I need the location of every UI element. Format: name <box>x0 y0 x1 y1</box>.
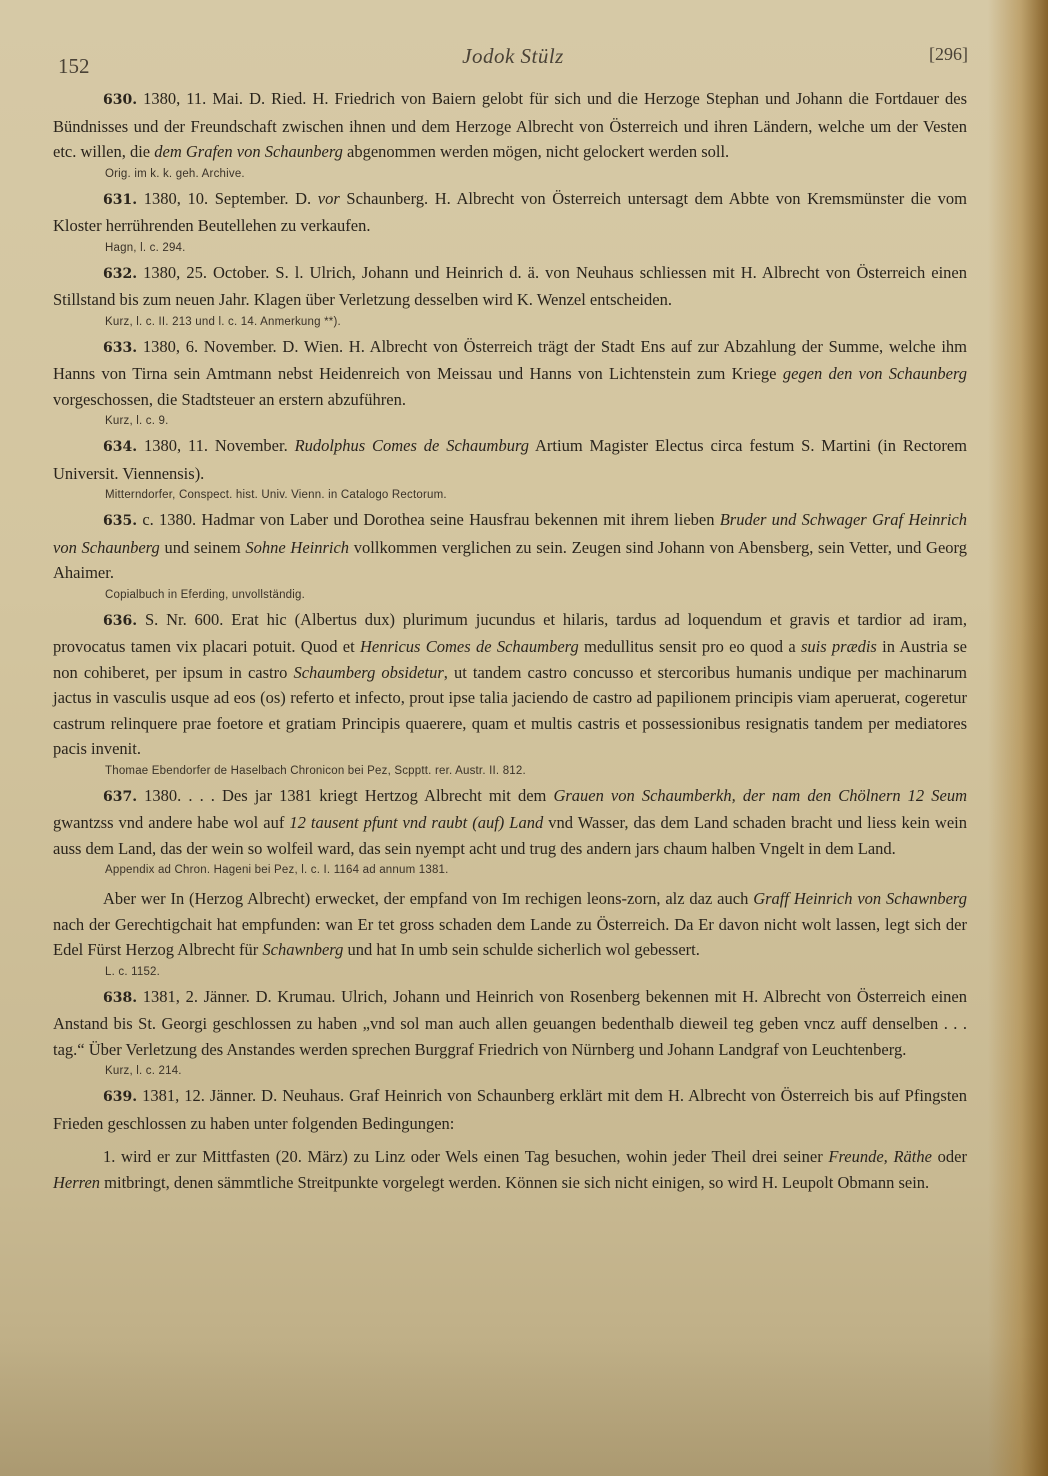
running-title: Jodok Stülz <box>58 44 968 69</box>
entry-number: 634. <box>103 439 137 455</box>
entry-text: 636. S. Nr. 600. Erat hic (Albertus dux)… <box>53 607 967 762</box>
entry-text: 634. 1380, 11. November. Rudolphus Comes… <box>53 433 967 486</box>
regest-entry-631: 631. 1380, 10. September. D. vor Schaunb… <box>53 186 967 258</box>
source-citation: L. c. 1152. <box>105 963 967 982</box>
entry-text: 632. 1380, 25. October. S. l. Ulrich, Jo… <box>53 260 967 313</box>
original-page-number: [296] <box>929 44 968 65</box>
regest-entry-639: 639. 1381, 12. Jänner. D. Neuhaus. Graf … <box>53 1083 967 1195</box>
entry-number: 632. <box>103 266 137 282</box>
entry-number: 633. <box>103 340 137 356</box>
source-citation: Kurz, l. c. 214. <box>105 1062 967 1081</box>
page-body: 630. 1380, 11. Mai. D. Ried. H. Friedric… <box>53 86 967 1195</box>
source-citation: Hagn, l. c. 294. <box>105 239 967 258</box>
condition-item-1: 1. wird er zur Mittfasten (20. März) zu … <box>53 1144 967 1195</box>
entry-text: 631. 1380, 10. September. D. vor Schaunb… <box>53 186 967 239</box>
entry-number: 636. <box>103 613 137 629</box>
regest-entry-635: 635. c. 1380. Hadmar von Laber und Dorot… <box>53 507 967 605</box>
source-citation: Thomae Ebendorfer de Haselbach Chronicon… <box>105 762 967 781</box>
entry-number: 630. <box>103 92 137 108</box>
regest-entry-634: 634. 1380, 11. November. Rudolphus Comes… <box>53 433 967 505</box>
chronicle-quote: Aber wer In (Herzog Albrecht) erwecket, … <box>53 886 967 982</box>
entry-text: 633. 1380, 6. November. D. Wien. H. Albr… <box>53 334 967 413</box>
entry-text: 638. 1381, 2. Jänner. D. Krumau. Ulrich,… <box>53 984 967 1063</box>
entry-text: 630. 1380, 11. Mai. D. Ried. H. Friedric… <box>53 86 967 165</box>
source-citation: Copialbuch in Eferding, unvollständig. <box>105 586 967 605</box>
page-bottom-shadow <box>0 1336 1048 1476</box>
entry-text: 639. 1381, 12. Jänner. D. Neuhaus. Graf … <box>53 1083 967 1136</box>
regest-entry-637: 637. 1380. . . . Des jar 1381 kriegt Her… <box>53 783 967 982</box>
entry-number: 631. <box>103 192 137 208</box>
page-header: 152 Jodok Stülz [296] <box>58 44 968 84</box>
regest-entry-638: 638. 1381, 2. Jänner. D. Krumau. Ulrich,… <box>53 984 967 1082</box>
regest-entry-630: 630. 1380, 11. Mai. D. Ried. H. Friedric… <box>53 86 967 184</box>
regest-entry-633: 633. 1380, 6. November. D. Wien. H. Albr… <box>53 334 967 432</box>
regest-entry-636: 636. S. Nr. 600. Erat hic (Albertus dux)… <box>53 607 967 781</box>
regest-entry-632: 632. 1380, 25. October. S. l. Ulrich, Jo… <box>53 260 967 332</box>
source-citation: Mitterndorfer, Conspect. hist. Univ. Vie… <box>105 486 967 505</box>
book-spine-shadow <box>988 0 1048 1476</box>
source-citation: Orig. im k. k. geh. Archive. <box>105 165 967 184</box>
source-citation: Kurz, l. c. 9. <box>105 412 967 431</box>
entry-number: 638. <box>103 990 137 1006</box>
entry-number: 635. <box>103 513 137 529</box>
quote-text: Aber wer In (Herzog Albrecht) erwecket, … <box>53 886 967 963</box>
book-page: 152 Jodok Stülz [296] 630. 1380, 11. Mai… <box>0 0 1048 1476</box>
condition-text: 1. wird er zur Mittfasten (20. März) zu … <box>53 1144 967 1195</box>
entry-number: 637. <box>103 789 137 805</box>
source-citation: Kurz, l. c. II. 213 und l. c. 14. Anmerk… <box>105 313 967 332</box>
entry-text: 635. c. 1380. Hadmar von Laber und Dorot… <box>53 507 967 586</box>
source-citation: Appendix ad Chron. Hageni bei Pez, l. c.… <box>105 861 967 880</box>
entry-text: 637. 1380. . . . Des jar 1381 kriegt Her… <box>53 783 967 862</box>
entry-number: 639. <box>103 1089 137 1105</box>
